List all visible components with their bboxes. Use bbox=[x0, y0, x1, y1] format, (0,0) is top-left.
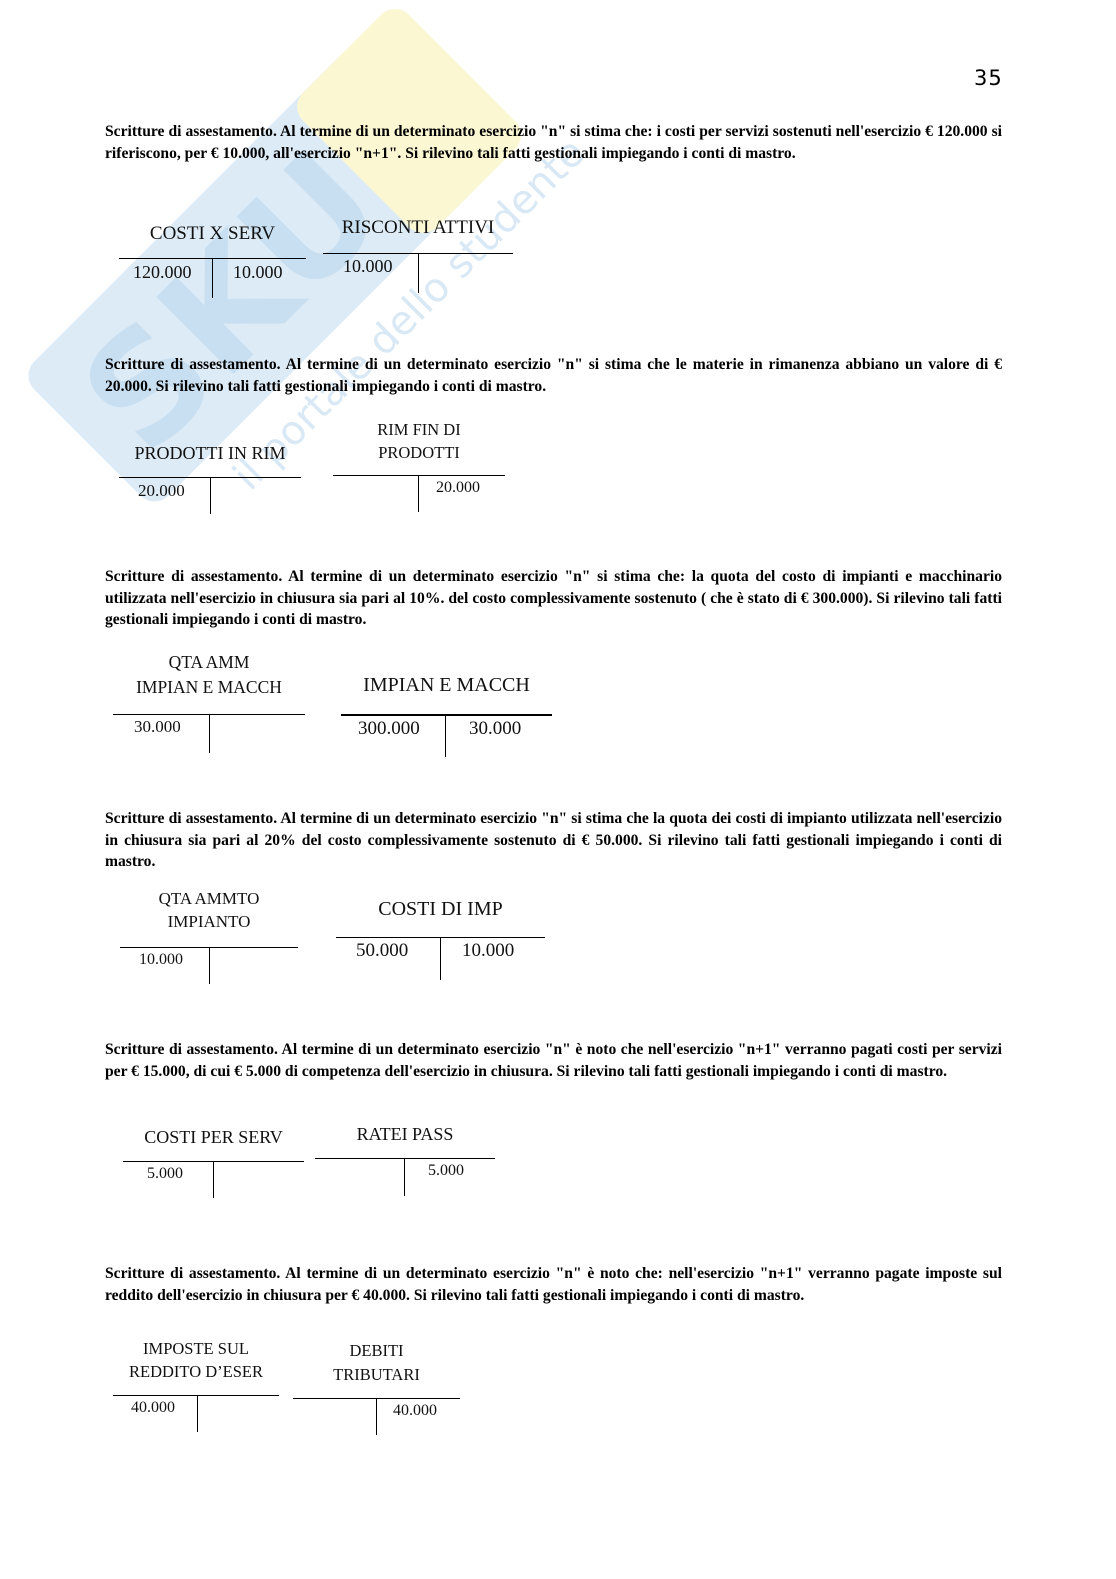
account-title: DEBITI TRIBUTARI bbox=[293, 1339, 460, 1387]
debit-value: 10.000 bbox=[139, 951, 183, 969]
debit-value: 30.000 bbox=[134, 717, 181, 737]
debit-value: 50.000 bbox=[356, 940, 408, 962]
exercise-text: Scritture di assestamento. Al termine di… bbox=[105, 1263, 1002, 1306]
t-account-prodotti-in-rim: PRODOTTI IN RIM 20.000 bbox=[119, 440, 301, 518]
t-horizontal-line bbox=[341, 714, 552, 716]
exercise-text: Scritture di assestamento. Al termine di… bbox=[105, 121, 1002, 164]
debit-value: 120.000 bbox=[133, 262, 192, 283]
t-vertical-line bbox=[445, 715, 446, 757]
t-vertical-line bbox=[197, 1395, 198, 1432]
credit-value: 40.000 bbox=[393, 1402, 437, 1420]
account-title: IMPOSTE SUL REDDITO D’ESER bbox=[113, 1337, 279, 1383]
debit-value: 20.000 bbox=[138, 481, 185, 501]
credit-value: 5.000 bbox=[428, 1162, 464, 1180]
t-account-qta-amm-impian-e-macch: QTA AMM IMPIAN E MACCH 30.000 bbox=[113, 650, 305, 755]
credit-value: 10.000 bbox=[233, 262, 283, 283]
t-vertical-line bbox=[209, 947, 210, 984]
t-vertical-line bbox=[213, 1161, 214, 1198]
account-title: RISCONTI ATTIVI bbox=[323, 216, 513, 241]
t-horizontal-line bbox=[113, 1395, 279, 1396]
account-title: PRODOTTI IN RIM bbox=[119, 442, 301, 465]
account-title: COSTI PER SERV bbox=[123, 1126, 304, 1149]
exercise-text: Scritture di assestamento. Al termine di… bbox=[105, 808, 1002, 873]
exercise-text: Scritture di assestamento. Al termine di… bbox=[105, 354, 1002, 397]
page-number: 35 bbox=[974, 66, 1003, 90]
t-account-costi-di-imp: COSTI DI IMP 50.000 10.000 bbox=[336, 896, 545, 982]
t-account-qta-ammto-impianto: QTA AMMTO IMPIANTO 10.000 bbox=[120, 887, 298, 985]
t-vertical-line bbox=[418, 475, 419, 512]
t-account-rim-fin-di-prodotti: RIM FIN DI PRODOTTI 20.000 bbox=[333, 418, 505, 514]
credit-value: 10.000 bbox=[462, 940, 514, 962]
credit-value: 20.000 bbox=[436, 479, 480, 497]
t-vertical-line bbox=[418, 253, 419, 293]
t-horizontal-line bbox=[315, 1158, 495, 1159]
account-title: RIM FIN DI PRODOTTI bbox=[333, 418, 505, 464]
document-page: SKU il portale dello studente 35 Scrittu… bbox=[0, 0, 1116, 1579]
t-vertical-line bbox=[209, 714, 210, 753]
account-title: QTA AMMTO IMPIANTO bbox=[120, 887, 298, 933]
debit-value: 300.000 bbox=[358, 718, 420, 740]
exercise-text: Scritture di assestamento. Al termine di… bbox=[105, 1039, 1002, 1082]
t-account-ratei-pass: RATEI PASS 5.000 bbox=[315, 1122, 495, 1198]
t-vertical-line bbox=[210, 477, 211, 514]
debit-value: 10.000 bbox=[343, 256, 393, 277]
t-horizontal-line bbox=[333, 475, 505, 476]
debit-value: 5.000 bbox=[147, 1165, 183, 1183]
t-account-costi-per-serv: COSTI PER SERV 5.000 bbox=[123, 1124, 304, 1200]
account-title: COSTI DI IMP bbox=[336, 896, 545, 922]
account-title: COSTI X SERV bbox=[119, 222, 306, 247]
t-vertical-line bbox=[212, 258, 213, 298]
exercise-text: Scritture di assestamento. Al termine di… bbox=[105, 566, 1002, 631]
t-vertical-line bbox=[440, 937, 441, 980]
credit-value: 30.000 bbox=[469, 718, 521, 740]
t-account-imposte-sul-reddito: IMPOSTE SUL REDDITO D’ESER 40.000 bbox=[113, 1337, 279, 1435]
t-account-impian-e-macch: IMPIAN E MACCH 300.000 30.000 bbox=[341, 672, 552, 758]
t-account-risconti-attivi: RISCONTI ATTIVI 10.000 bbox=[323, 214, 513, 294]
debit-value: 40.000 bbox=[131, 1399, 175, 1417]
t-vertical-line bbox=[376, 1398, 377, 1435]
account-title: RATEI PASS bbox=[315, 1123, 495, 1146]
t-account-costi-x-serv: COSTI X SERV 120.000 10.000 bbox=[119, 220, 306, 300]
t-account-debiti-tributari: DEBITI TRIBUTARI 40.000 bbox=[293, 1339, 460, 1437]
account-title: QTA AMM IMPIAN E MACCH bbox=[113, 650, 305, 700]
account-title: IMPIAN E MACCH bbox=[341, 672, 552, 698]
t-vertical-line bbox=[404, 1158, 405, 1196]
